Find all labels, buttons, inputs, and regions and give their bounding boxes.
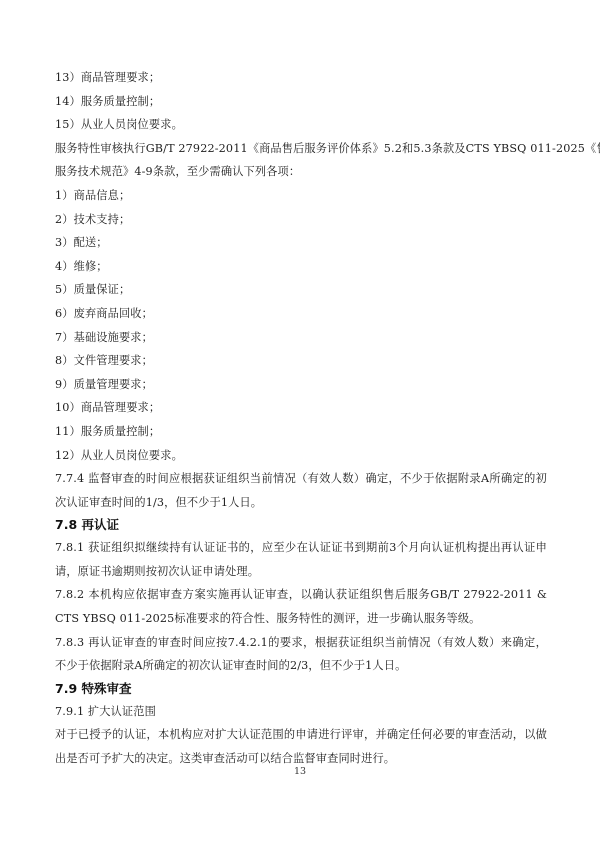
section-heading-7-8: 7.8 再认证 (55, 514, 547, 536)
list-item: 12）从业人员岗位要求。 (55, 444, 547, 468)
document-page: 13）商品管理要求； 14）服务质量控制； 15）从业人员岗位要求。 服务特性审… (55, 66, 547, 771)
section-heading-7-9: 7.9 特殊审查 (55, 678, 547, 700)
clause-7-8-1: 7.8.1 获证组织拟继续持有认证证书的，应至少在认证证书到期前3个月向认证机构… (55, 536, 547, 583)
service-paragraph-line-2: 服务技术规范》4-9条款，至少需确认下列各项： (55, 160, 547, 184)
page-number: 13 (0, 766, 600, 777)
clause-7-8-3: 7.8.3 再认证审查的审查时间应按7.4.2.1的要求，根据获证组织当前情况（… (55, 631, 547, 678)
clause-7-7-4: 7.7.4 监督审查的时间应根据获证组织当前情况（有效人数）确定，不少于依据附录… (55, 467, 547, 514)
list-item: 15）从业人员岗位要求。 (55, 113, 547, 137)
list-item: 8）文件管理要求； (55, 349, 547, 373)
subheading-7-9-1: 7.9.1 扩大认证范围 (55, 700, 547, 724)
list-item: 2）技术支持； (55, 208, 547, 232)
list-item: 1）商品信息； (55, 184, 547, 208)
list-item: 13）商品管理要求； (55, 66, 547, 90)
list-item: 5）质量保证； (55, 278, 547, 302)
list-item: 10）商品管理要求； (55, 396, 547, 420)
list-item: 7）基础设施要求； (55, 326, 547, 350)
service-paragraph-line-1: 服务特性审核执行GB/T 27922-2011《商品售后服务评价体系》5.2和5… (55, 137, 547, 161)
list-item: 4）维修； (55, 255, 547, 279)
list-item: 3）配送； (55, 231, 547, 255)
paragraph-7-9-1: 对于已授予的认证，本机构应对扩大认证范围的申请进行评审，并确定任何必要的审查活动… (55, 723, 547, 770)
list-item: 14）服务质量控制； (55, 90, 547, 114)
list-item: 11）服务质量控制； (55, 420, 547, 444)
list-item: 6）废弃商品回收； (55, 302, 547, 326)
clause-7-8-2: 7.8.2 本机构应依据审查方案实施再认证审查，以确认获证组织售后服务GB/T … (55, 583, 547, 630)
list-item: 9）质量管理要求； (55, 373, 547, 397)
